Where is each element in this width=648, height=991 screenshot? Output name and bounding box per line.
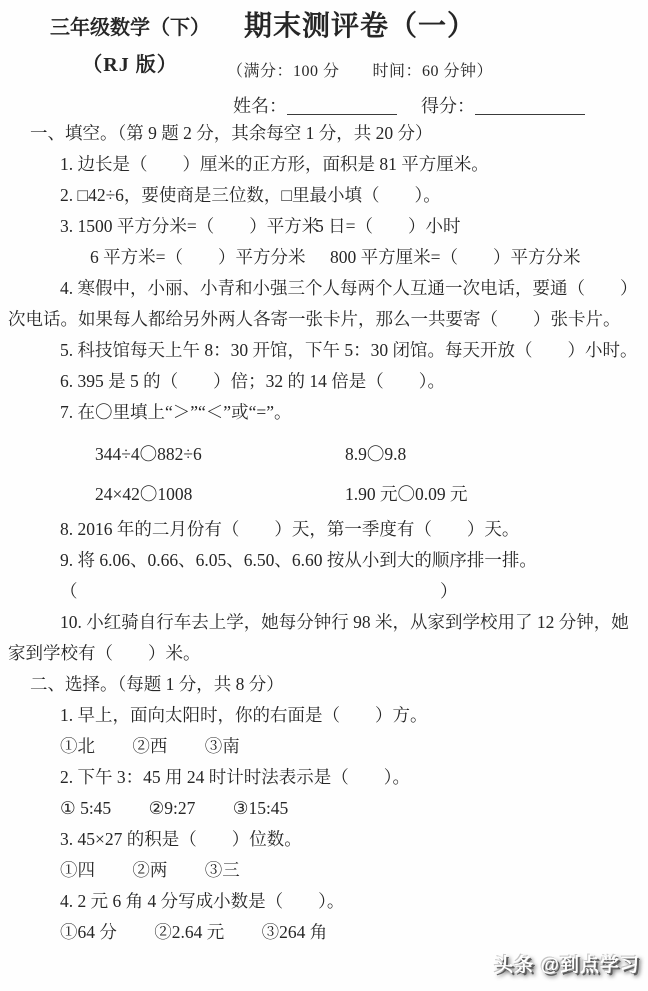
fill-item-3-col2: 5 日=（ ）小时 bbox=[315, 211, 461, 242]
compare-expression-3: 24×42〇1008 bbox=[95, 484, 192, 504]
fill-item-3-line1: 3. 1500 平方分米=（ ）平方米 5 日=（ ）小时 bbox=[0, 211, 648, 242]
choice-option: ①北 bbox=[60, 736, 95, 756]
choice-item-1-options: ①北 ②西 ③南 bbox=[0, 731, 648, 762]
exam-info: （满分：100 分 时间：60 分钟） bbox=[200, 58, 520, 81]
name-label: 姓名： bbox=[233, 96, 287, 116]
choice-option: ③三 bbox=[205, 860, 240, 880]
choice-option: ②9:27 bbox=[149, 798, 196, 818]
choice-option: ②两 bbox=[132, 860, 167, 880]
fill-item-5: 5. 科技馆每天上午 8：30 开馆，下午 5：30 闭馆。每天开放（ ）小时。 bbox=[0, 335, 648, 366]
fill-item-7: 7. 在〇里填上“＞”“＜”或“=”。 bbox=[0, 397, 648, 428]
choice-option: ③264 角 bbox=[262, 922, 328, 942]
answer-paren-open: （ bbox=[60, 581, 78, 601]
score-blank-line bbox=[475, 96, 585, 115]
choice-option: ③15:45 bbox=[233, 798, 289, 818]
choice-option: ① 5:45 bbox=[60, 798, 111, 818]
fill-item-9-answer-line: （ ） bbox=[0, 576, 648, 607]
fill-item-9: 9. 将 6.06、0.66、6.05、6.50、6.60 按从小到大的顺序排一… bbox=[0, 545, 648, 576]
compare-expression-2: 8.9〇9.8 bbox=[345, 434, 406, 474]
choice-option: ③南 bbox=[205, 736, 240, 756]
fill-item-10-line2: 家到学校有（ ）米。 bbox=[0, 638, 648, 669]
choice-item-4-options: ①64 分 ②2.64 元 ③264 角 bbox=[0, 917, 648, 948]
choice-option: ②西 bbox=[132, 736, 167, 756]
fill-item-3-line2: 6 平方米=（ ）平方分米 800 平方厘米=（ ）平方分米 bbox=[0, 242, 648, 273]
fill-item-4-line1: 4. 寒假中，小丽、小青和小强三个人每两个人互通一次电话，要通（ ） bbox=[0, 273, 648, 304]
section2-title: 二、选择。（每题 1 分，共 8 分） bbox=[0, 669, 648, 700]
fill-item-3-col4: 800 平方厘米=（ ）平方分米 bbox=[330, 242, 581, 273]
exam-body: 一、填空。（第 9 题 2 分，其余每空 1 分，共 20 分） 1. 边长是（… bbox=[0, 118, 648, 948]
choice-item-4: 4. 2 元 6 角 4 分写成小数是（ ）。 bbox=[0, 886, 648, 917]
score-label: 得分： bbox=[421, 96, 475, 116]
compare-expression-4: 1.90 元〇0.09 元 bbox=[345, 474, 468, 514]
fill-item-7-row2: 24×42〇1008 1.90 元〇0.09 元 bbox=[0, 474, 648, 514]
name-blank-line bbox=[287, 96, 397, 115]
fill-item-6: 6. 395 是 5 的（ ）倍；32 的 14 倍是（ ）。 bbox=[0, 366, 648, 397]
watermark: 头条 @到点学习 bbox=[494, 950, 640, 977]
choice-item-2: 2. 下午 3：45 用 24 时计时法表示是（ ）。 bbox=[0, 762, 648, 793]
fill-item-2: 2. □42÷6，要使商是三位数，□里最小填（ ）。 bbox=[0, 180, 648, 211]
choice-item-2-options: ① 5:45 ②9:27 ③15:45 bbox=[0, 793, 648, 824]
answer-paren-close: ） bbox=[440, 576, 458, 607]
edition-label: （RJ 版） bbox=[50, 53, 210, 77]
fill-item-7-row1: 344÷4〇882÷6 8.9〇9.8 bbox=[0, 434, 648, 474]
section1-title: 一、填空。（第 9 题 2 分，其余每空 1 分，共 20 分） bbox=[0, 118, 648, 149]
exam-paper: 三年级数学（下） （RJ 版） 期末测评卷（一） （满分：100 分 时间：60… bbox=[0, 0, 648, 991]
fill-item-4-line2: 次电话。如果每人都给另外两人各寄一张卡片，那么一共要寄（ ）张卡片。 bbox=[0, 304, 648, 335]
header-left: 三年级数学（下） （RJ 版） bbox=[50, 16, 210, 77]
fill-item-1: 1. 边长是（ ）厘米的正方形，面积是 81 平方厘米。 bbox=[0, 149, 648, 180]
grade-title: 三年级数学（下） bbox=[50, 16, 210, 40]
fill-item-8: 8. 2016 年的二月份有（ ）天，第一季度有（ ）天。 bbox=[0, 514, 648, 545]
choice-option: ①64 分 bbox=[60, 922, 117, 942]
choice-item-1: 1. 早上，面向太阳时，你的右面是（ ）方。 bbox=[0, 700, 648, 731]
fill-item-3-col3: 6 平方米=（ ）平方分米 bbox=[90, 247, 306, 267]
choice-option: ②2.64 元 bbox=[154, 922, 224, 942]
header-center: 期末测评卷（一） （满分：100 分 时间：60 分钟） bbox=[200, 10, 520, 81]
choice-item-3-options: ①四 ②两 ③三 bbox=[0, 855, 648, 886]
compare-expression-1: 344÷4〇882÷6 bbox=[95, 444, 202, 464]
fill-item-3-col1: 3. 1500 平方分米=（ ）平方米 bbox=[60, 216, 319, 236]
name-score-row: 姓名：得分： bbox=[233, 92, 585, 118]
choice-option: ①四 bbox=[60, 860, 95, 880]
exam-title: 期末测评卷（一） bbox=[200, 10, 520, 44]
fill-item-10-line1: 10. 小红骑自行车去上学，她每分钟行 98 米，从家到学校用了 12 分钟，她 bbox=[0, 607, 648, 638]
choice-item-3: 3. 45×27 的积是（ ）位数。 bbox=[0, 824, 648, 855]
